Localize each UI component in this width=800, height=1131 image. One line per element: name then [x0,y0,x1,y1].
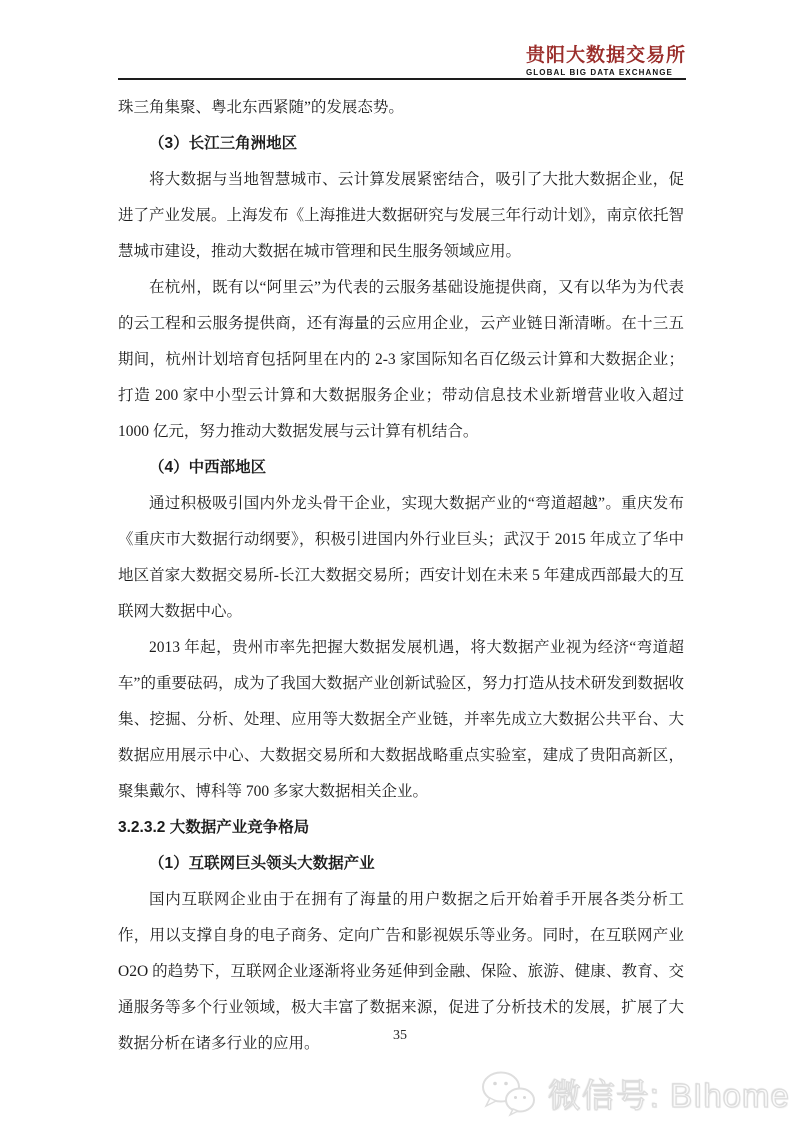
document-content: 珠三角集聚、粤北东西紧随”的发展态势。 （3）长江三角洲地区 将大数据与当地智慧… [118,90,684,1062]
exchange-logo: 贵阳大数据交易所 GLOBAL BIG DATA EXCHANGE [526,46,686,77]
watermark-text: 微信号: BIhome [548,1070,790,1117]
header-divider [118,78,686,80]
subsection-heading-1: （1）互联网巨头领头大数据产业 [118,846,684,882]
wechat-watermark: 微信号: BIhome [480,1069,790,1117]
logo-title-cn: 贵阳大数据交易所 [526,46,686,66]
document-page: 贵阳大数据交易所 GLOBAL BIG DATA EXCHANGE 珠三角集聚、… [0,0,800,1131]
subsection-heading-4: （4）中西部地区 [118,450,684,486]
section-heading-3232: 3.2.3.2 大数据产业竞争格局 [118,810,684,846]
paragraph: 将大数据与当地智慧城市、云计算发展紧密结合，吸引了大批大数据企业，促进了产业发展… [118,162,684,270]
paragraph: 2013 年起，贵州市率先把握大数据发展机遇，将大数据产业视为经济“弯道超车”的… [118,630,684,810]
logo-title-en: GLOBAL BIG DATA EXCHANGE [526,68,686,77]
paragraph: 通过积极吸引国内外龙头骨干企业，实现大数据产业的“弯道超越”。重庆发布《重庆市大… [118,486,684,630]
paragraph: 珠三角集聚、粤北东西紧随”的发展态势。 [118,90,684,126]
page-header: 贵阳大数据交易所 GLOBAL BIG DATA EXCHANGE [118,46,686,80]
paragraph: 在杭州，既有以“阿里云”为代表的云服务基础设施提供商，又有以华为为代表的云工程和… [118,270,684,450]
subsection-heading-3: （3）长江三角洲地区 [118,126,684,162]
page-number: 35 [0,1028,800,1044]
wechat-icon [480,1069,538,1117]
